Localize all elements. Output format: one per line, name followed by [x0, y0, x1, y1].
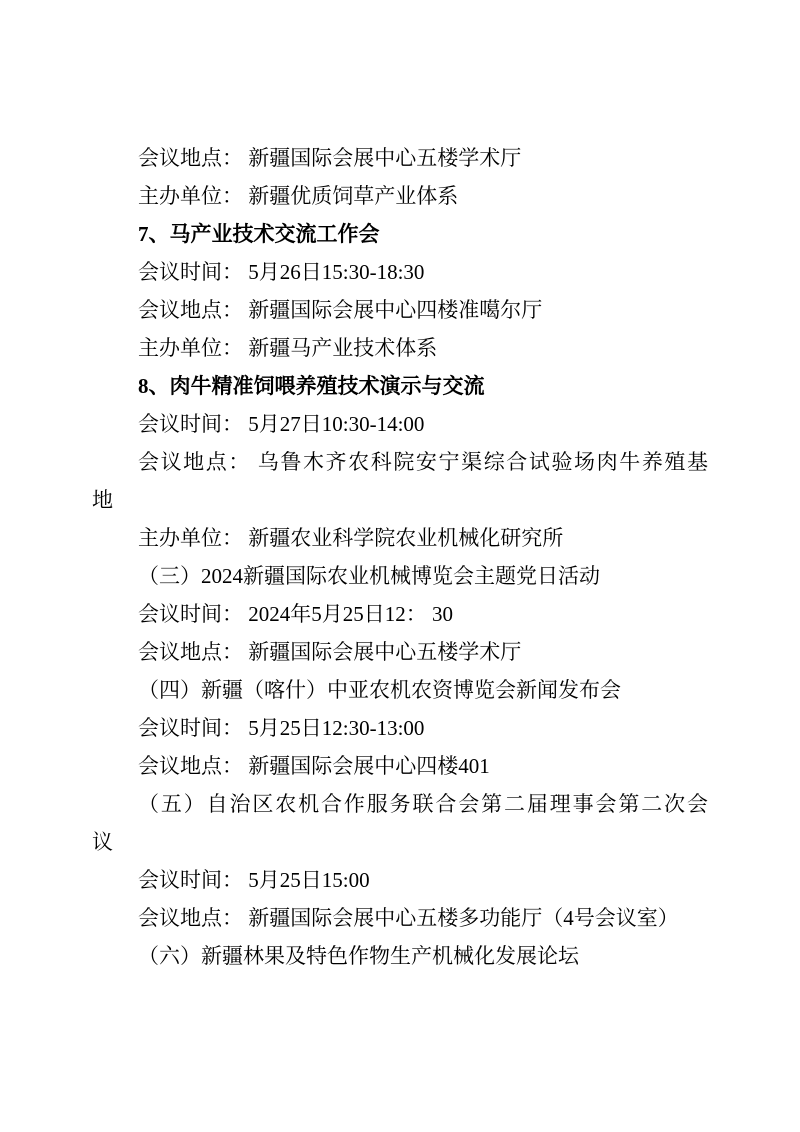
- meeting-location-line: 会议地点： 新疆国际会展中心四楼准噶尔厅: [92, 291, 708, 329]
- agenda-item-8-title: 8、肉牛精准饲喂养殖技术演示与交流: [92, 367, 708, 405]
- meeting-time-line: 会议时间： 5月25日15:00: [92, 861, 708, 899]
- meeting-time-line: 会议时间： 5月25日12:30-13:00: [92, 709, 708, 747]
- meeting-organizer-line: 主办单位： 新疆农业科学院农业机械化研究所: [92, 519, 708, 557]
- meeting-time-line: 会议时间： 5月27日10:30-14:00: [92, 405, 708, 443]
- meeting-organizer-line: 主办单位： 新疆优质饲草产业体系: [92, 177, 708, 215]
- agenda-item-7-title: 7、马产业技术交流工作会: [92, 215, 708, 253]
- document-page: 会议地点： 新疆国际会展中心五楼学术厅主办单位： 新疆优质饲草产业体系7、马产业…: [0, 0, 800, 1132]
- meeting-location-continuation: 地: [92, 481, 708, 519]
- document-body: 会议地点： 新疆国际会展中心五楼学术厅主办单位： 新疆优质饲草产业体系7、马产业…: [92, 139, 708, 975]
- meeting-location-line: 会议地点： 新疆国际会展中心五楼多功能厅（4号会议室）: [92, 899, 708, 937]
- meeting-location-line: 会议地点： 新疆国际会展中心五楼学术厅: [92, 633, 708, 671]
- section-3-heading: （三）2024新疆国际农业机械博览会主题党日活动: [92, 557, 708, 595]
- section-6-heading: （六）新疆林果及特色作物生产机械化发展论坛: [92, 937, 708, 975]
- meeting-location-line: 会议地点： 新疆国际会展中心五楼学术厅: [92, 139, 708, 177]
- meeting-time-line: 会议时间： 2024年5月25日12： 30: [92, 595, 708, 633]
- meeting-location-line: 会议地点： 乌鲁木齐农科院安宁渠综合试验场肉牛养殖基: [92, 443, 708, 481]
- section-5-heading: （五）自治区农机合作服务联合会第二届理事会第二次会: [92, 785, 708, 823]
- meeting-location-line: 会议地点： 新疆国际会展中心四楼401: [92, 747, 708, 785]
- meeting-organizer-line: 主办单位： 新疆马产业技术体系: [92, 329, 708, 367]
- meeting-time-line: 会议时间： 5月26日15:30-18:30: [92, 253, 708, 291]
- section-5-heading-continuation: 议: [92, 823, 708, 861]
- section-4-heading: （四）新疆（喀什）中亚农机农资博览会新闻发布会: [92, 671, 708, 709]
